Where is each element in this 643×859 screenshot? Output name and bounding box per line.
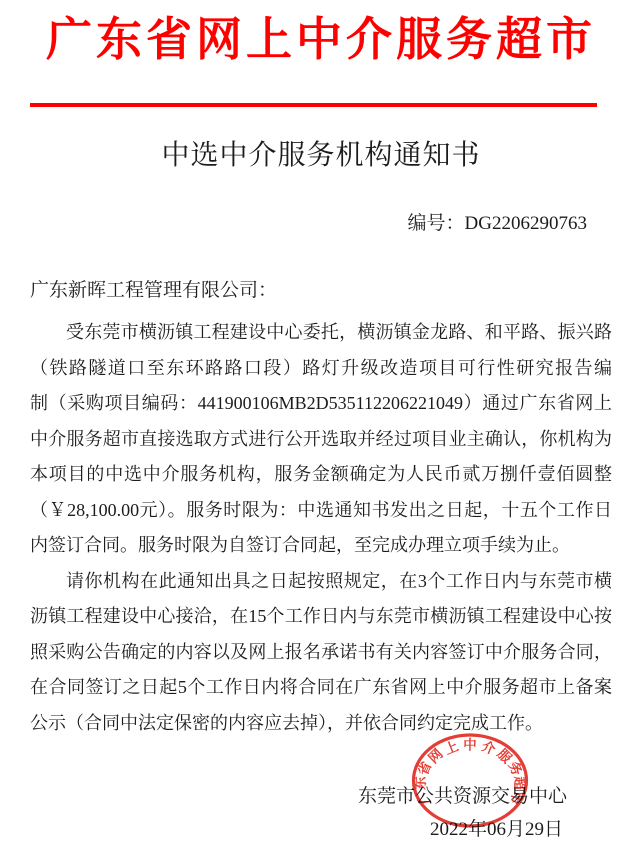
official-seal-stamp: 广东省网上中介服务超市 bbox=[410, 732, 530, 829]
seal-graphic: 广东省网上中介服务超市 bbox=[410, 732, 530, 829]
body-paragraph: 受东莞市横沥镇工程建设中心委托，横沥镇金龙路、和平路、振兴路（铁路隧道口至东环路… bbox=[30, 315, 612, 564]
document-page: 广东省网上中介服务超市 中选中介服务机构通知书 编号：DG2206290763 … bbox=[0, 0, 643, 859]
body-line: 受东莞市横沥镇工程建设中心委托，横沥镇金龙路、和平路、振兴路 bbox=[30, 315, 612, 351]
body-line: （铁路隧道口至东环路路口段）路灯升级改造项目可行性研究报告编 bbox=[30, 351, 612, 387]
recipient-line: 广东新晖工程管理有限公司： bbox=[30, 278, 612, 304]
body-line: 内签订合同。服务时限为自签订合同起，至完成办理立项手续为止。 bbox=[30, 528, 612, 564]
signature-line: 东莞市公共资源交易中心 bbox=[30, 784, 612, 810]
body-line: （￥28,100.00元）。服务时限为：中选通知书发出之日起，十五个工作日 bbox=[30, 493, 612, 529]
doc-number-line: 编号：DG2206290763 bbox=[30, 211, 612, 237]
seal-arc-char: 网 bbox=[426, 746, 446, 767]
body-line: 在合同签订之日起5个工作日内将合同在广东省网上中介服务超市上备案 bbox=[30, 670, 612, 706]
body-line: 本项目的中选中介服务机构，服务金额确定为人民币贰万捌仟壹佰圆整 bbox=[30, 457, 612, 493]
seal-arc-char: 上 bbox=[442, 738, 461, 757]
body-line: 公示（合同中法定保密的内容应去掉），并依合同约定完成工作。 bbox=[30, 706, 612, 742]
body-paragraph: 请你机构在此通知出具之日起按照规定，在3个工作日内与东莞市横沥镇工程建设中心接洽… bbox=[30, 564, 612, 742]
doc-title: 中选中介服务机构通知书 bbox=[30, 139, 612, 173]
seal-ring bbox=[414, 735, 527, 826]
divider-rule bbox=[30, 103, 597, 107]
body-line: 请你机构在此通知出具之日起按照规定，在3个工作日内与东莞市横 bbox=[30, 564, 612, 600]
body-line: 中介服务超市直接选取方式进行公开选取并经过项目业主确认，你机构为 bbox=[30, 422, 612, 458]
body-line: 制（采购项目编码：441900106MB2D535112206221049）通过… bbox=[30, 386, 612, 422]
masthead-title: 广东省网上中介服务超市 bbox=[30, 14, 612, 66]
body-line: 沥镇工程建设中心接洽，在15个工作日内与东莞市横沥镇工程建设中心按 bbox=[30, 599, 612, 635]
seal-arc-char: 服 bbox=[494, 746, 514, 767]
body-paragraphs: 受东莞市横沥镇工程建设中心委托，横沥镇金龙路、和平路、振兴路（铁路隧道口至东环路… bbox=[30, 315, 612, 741]
doc-number-label: 编号： bbox=[408, 213, 465, 234]
seal-arc-char: 省 bbox=[414, 758, 434, 777]
doc-number-value: DG2206290763 bbox=[465, 213, 587, 234]
seal-arc-char: 务 bbox=[506, 759, 526, 778]
body-line: 照采购公告确定的内容以及网上报名承诺书有关内容签订中介服务合同， bbox=[30, 635, 612, 671]
date-line: 2022年06月29日 bbox=[30, 817, 612, 843]
